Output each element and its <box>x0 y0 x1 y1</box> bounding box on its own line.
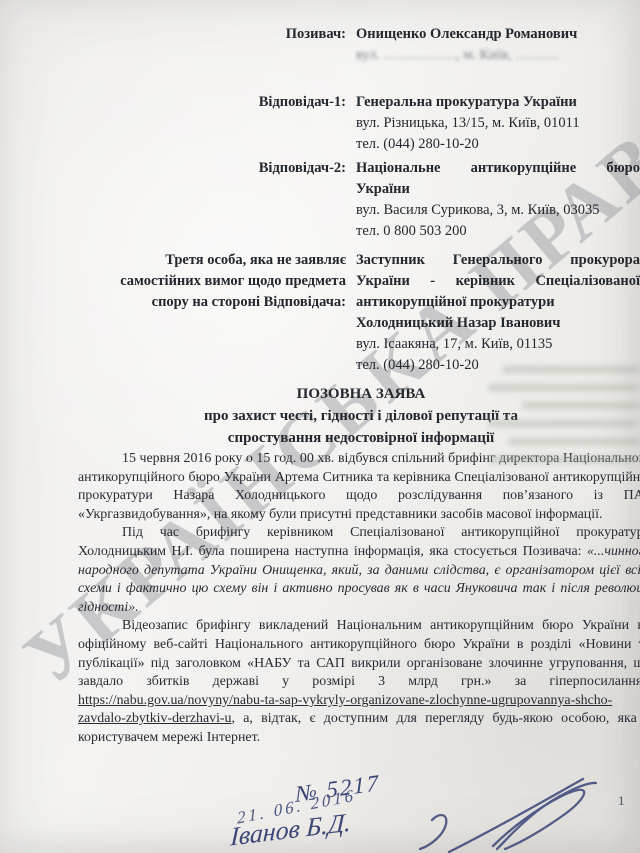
third-person-address: вул. Ісаакяна, 17, м. Київ, 01135 <box>356 334 640 355</box>
document-title: ПОЗОВНА ЗАЯВА <box>78 383 640 405</box>
page-number: 1 <box>618 793 625 809</box>
paragraph-video: Відеозапис брифінгу викладений Національ… <box>78 617 640 747</box>
plaintiff-label: Позивач: <box>64 24 346 45</box>
defendant2-name: Національне антикорупційне бюро України <box>356 158 640 200</box>
defendant2-label: Відповідач-2: <box>64 158 346 179</box>
defendant2-address: вул. Василя Сурикова, 3, м. Київ, 03035 <box>356 200 640 221</box>
third-person-position: Заступник Генерального прокурора України… <box>356 250 640 313</box>
scanned-document-page: УКРАЇНСЬКА ПРАВДА Позивач: Онищенко Олек… <box>0 0 640 853</box>
third-person-label-line3: спору на стороні Відповідача: <box>64 292 346 313</box>
plaintiff-name: Онищенко Олександр Романович <box>356 24 640 45</box>
defendant1-address: вул. Різницька, 13/15, м. Київ, 01011 <box>356 113 640 134</box>
plaintiff-address-redacted: вул. ……………, м. Київ, ……… <box>356 45 640 66</box>
paragraph-statement: Під час брифінгу керівником Спеціалізова… <box>78 524 640 617</box>
document-subtitle-line2: спростування недостовірної інформації <box>78 427 640 449</box>
defendant2-phone: тел. 0 800 503 200 <box>356 221 640 242</box>
video-intro: Відеозапис брифінгу викладений Національ… <box>78 618 640 689</box>
statement-intro: Під час брифінгу керівником Спеціалізова… <box>78 525 640 559</box>
paragraph-briefing: 15 червня 2016 року о 15 год. 00 хв. від… <box>78 450 640 524</box>
third-person-name: Холодницький Назар Іванович <box>356 313 640 334</box>
document-body: 15 червня 2016 року о 15 год. 00 хв. від… <box>78 450 640 748</box>
third-person-label-line2: самостійних вимог щодо предмета <box>64 271 346 292</box>
defendant1-phone: тел. (044) 280-10-20 <box>356 134 640 155</box>
defendant1-name: Генеральна прокуратура України <box>356 92 640 113</box>
third-person-label-line1: Третя особа, яка не заявляє <box>64 250 346 271</box>
defendant1-label: Відповідач-1: <box>64 92 346 113</box>
document-title-block: ПОЗОВНА ЗАЯВА про захист честі, гідності… <box>78 383 640 449</box>
third-person-phone: тел. (044) 280-10-20 <box>356 355 640 376</box>
document-subtitle-line1: про захист честі, гідності і ділової реп… <box>78 405 640 427</box>
third-person-label: Третя особа, яка не заявляє самостійних … <box>64 250 346 313</box>
